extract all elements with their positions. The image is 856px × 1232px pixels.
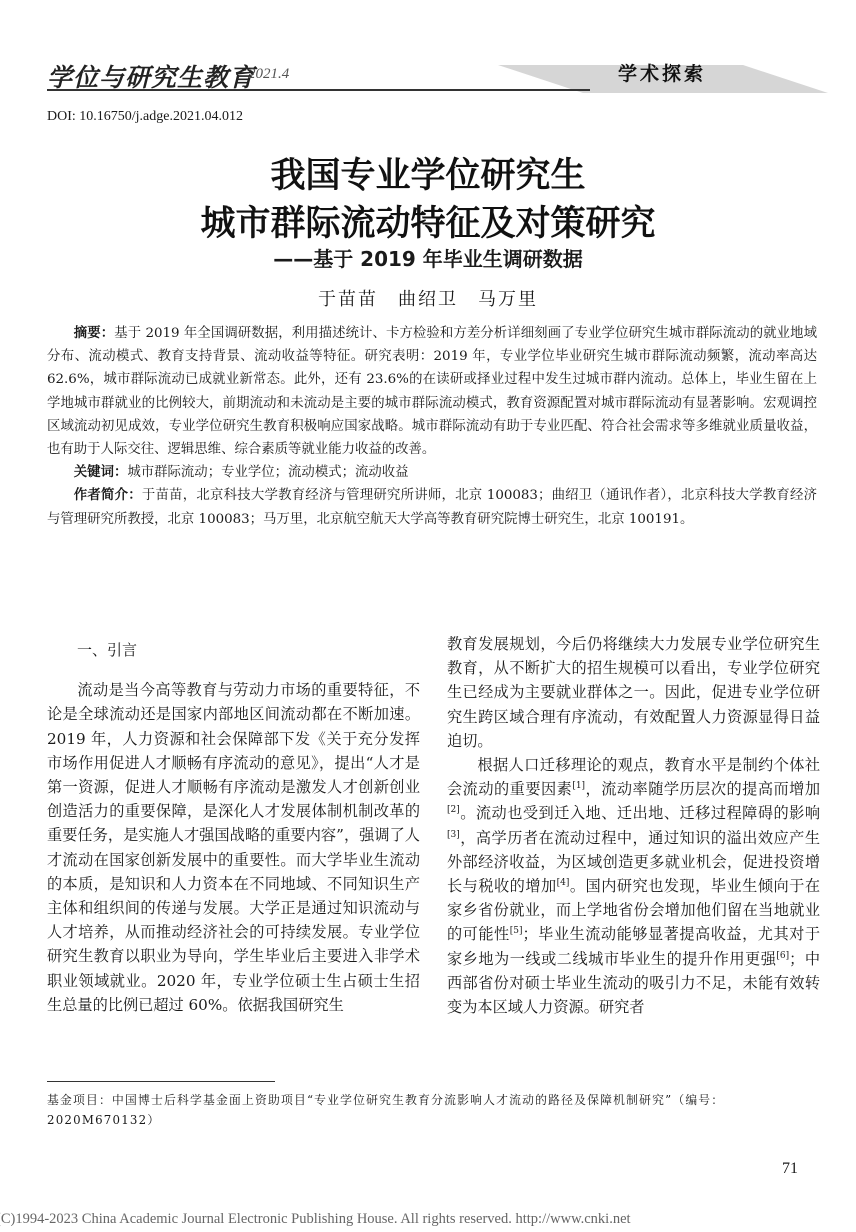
header-rule-extension xyxy=(443,89,590,91)
keywords-label: 关键词： xyxy=(74,465,128,480)
author-info: 作者简介：于苗苗，北京科技大学教育经济与管理研究所讲师，北京 100083；曲绍… xyxy=(47,484,817,530)
citation-5[interactable]: [5] xyxy=(510,926,523,936)
journal-issue: 2021.4 xyxy=(248,66,289,83)
page-number: 71 xyxy=(782,1160,798,1178)
section-label: 学术探索 xyxy=(618,59,706,86)
body-column-left: 一、引言 流动是当今高等教育与劳动力市场的重要特征，不论是全球流动还是国家内部地… xyxy=(47,632,420,1017)
citation-6[interactable]: [6] xyxy=(776,951,789,961)
footnote-rule xyxy=(47,1081,275,1082)
body-column-right: 教育发展规划，今后仍将继续大力发展专业学位研究生教育，从不断扩大的招生规模可以看… xyxy=(447,632,820,1019)
citation-1[interactable]: [1] xyxy=(572,781,585,791)
author-info-label: 作者简介： xyxy=(74,488,142,503)
paragraph: 流动是当今高等教育与劳动力市场的重要特征，不论是全球流动还是国家内部地区间流动都… xyxy=(47,678,420,1017)
doi: DOI: 10.16750/j.adge.2021.04.012 xyxy=(47,109,243,125)
authors: 于苗苗 曲绍卫 马万里 xyxy=(0,285,856,311)
title-line-1: 我国专业学位研究生 xyxy=(0,148,856,198)
copyright-notice: (C)1994-2023 China Academic Journal Elec… xyxy=(0,1211,631,1228)
header-rule xyxy=(47,89,443,91)
citation-2[interactable]: [2] xyxy=(447,805,460,815)
footnote-funding: 基金项目：中国博士后科学基金面上资助项目“专业学位研究生教育分流影响人才流动的路… xyxy=(47,1090,817,1130)
keywords: 关键词：城市群际流动；专业学位；流动模式；流动收益 xyxy=(47,461,817,484)
abstract: 摘要：基于 2019 年全国调研数据，利用描述统计、卡方检验和方差分析详细刻画了… xyxy=(47,322,817,461)
section-heading: 一、引言 xyxy=(47,638,420,662)
subtitle: ——基于 2019 年毕业生调研数据 xyxy=(0,243,856,272)
title-line-2: 城市群际流动特征及对策研究 xyxy=(0,196,856,246)
citation-4[interactable]: [4] xyxy=(557,878,570,888)
abstract-block: 摘要：基于 2019 年全国调研数据，利用描述统计、卡方检验和方差分析详细刻画了… xyxy=(47,322,817,531)
text-span: 。流动也受到迁入地、迁出地、迁移过程障碍的影响 xyxy=(460,804,820,822)
paragraph-with-citations: 根据人口迁移理论的观点，教育水平是制约个体社会流动的重要因素[1]，流动率随学历… xyxy=(447,753,820,1019)
paragraph: 教育发展规划，今后仍将继续大力发展专业学位研究生教育，从不断扩大的招生规模可以看… xyxy=(447,632,820,753)
citation-3[interactable]: [3] xyxy=(447,830,460,840)
keywords-text: 城市群际流动；专业学位；流动模式；流动收益 xyxy=(127,465,408,480)
author-info-text: 于苗苗，北京科技大学教育经济与管理研究所讲师，北京 100083；曲绍卫（通讯作… xyxy=(47,488,817,526)
text-span: ，流动率随学历层次的提高而增加 xyxy=(585,780,820,798)
abstract-text: 基于 2019 年全国调研数据，利用描述统计、卡方检验和方差分析详细刻画了专业学… xyxy=(47,326,817,457)
abstract-label: 摘要： xyxy=(74,326,114,341)
